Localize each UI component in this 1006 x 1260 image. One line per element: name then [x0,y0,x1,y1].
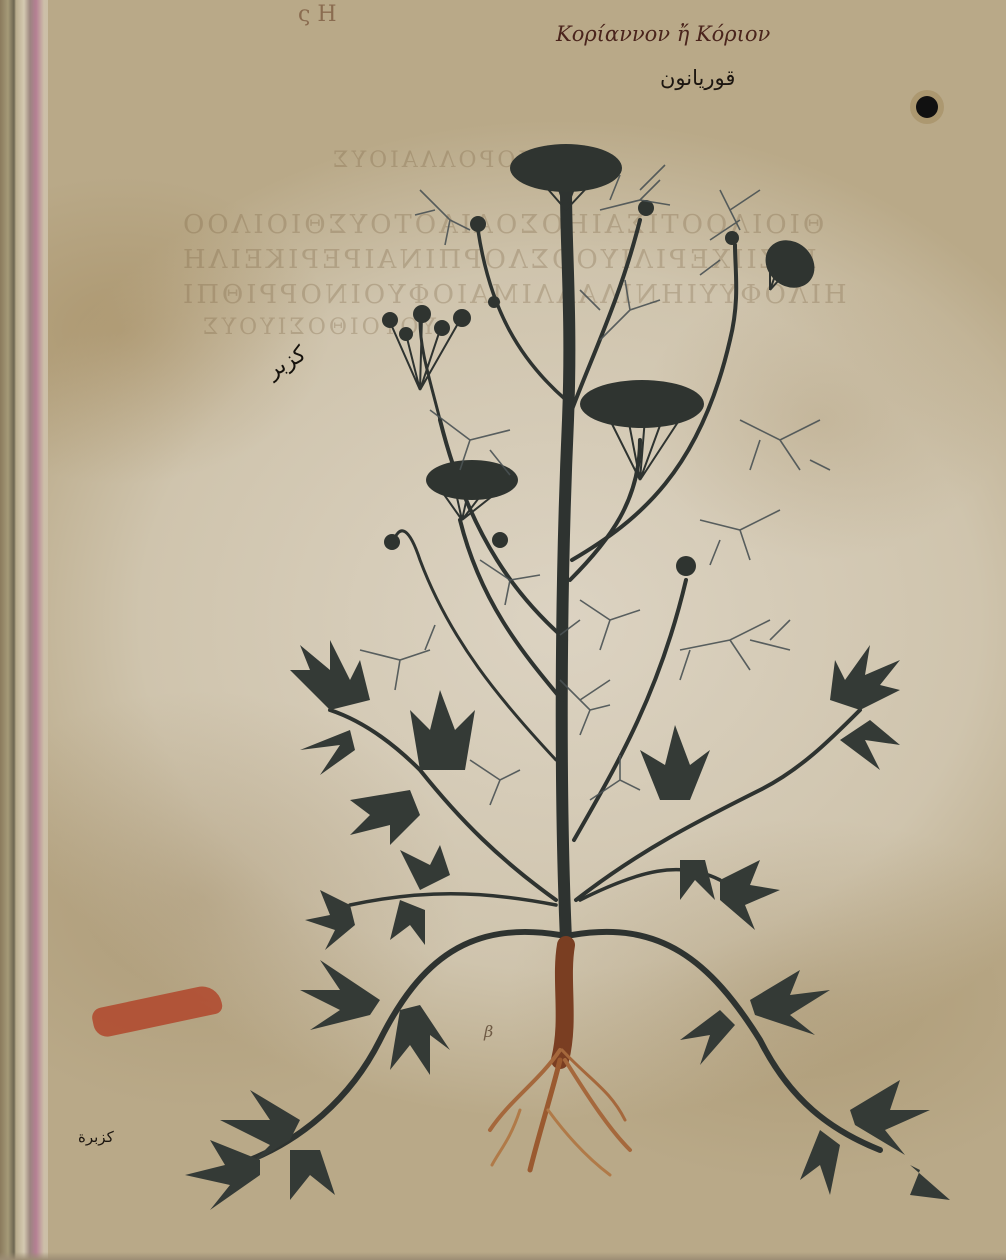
coriander-plant-illustration [0,0,1006,1260]
manuscript-page: ΑΠΟΡΟΛΛΑΙΟΥΣ ΘΙΟΙΛΟΟΤΙΣΑΙΗΟΣΟΑΙΑΟΤΟΥΣΘΙΟ… [0,0,1006,1260]
page-bottom-edge [0,1252,1006,1260]
